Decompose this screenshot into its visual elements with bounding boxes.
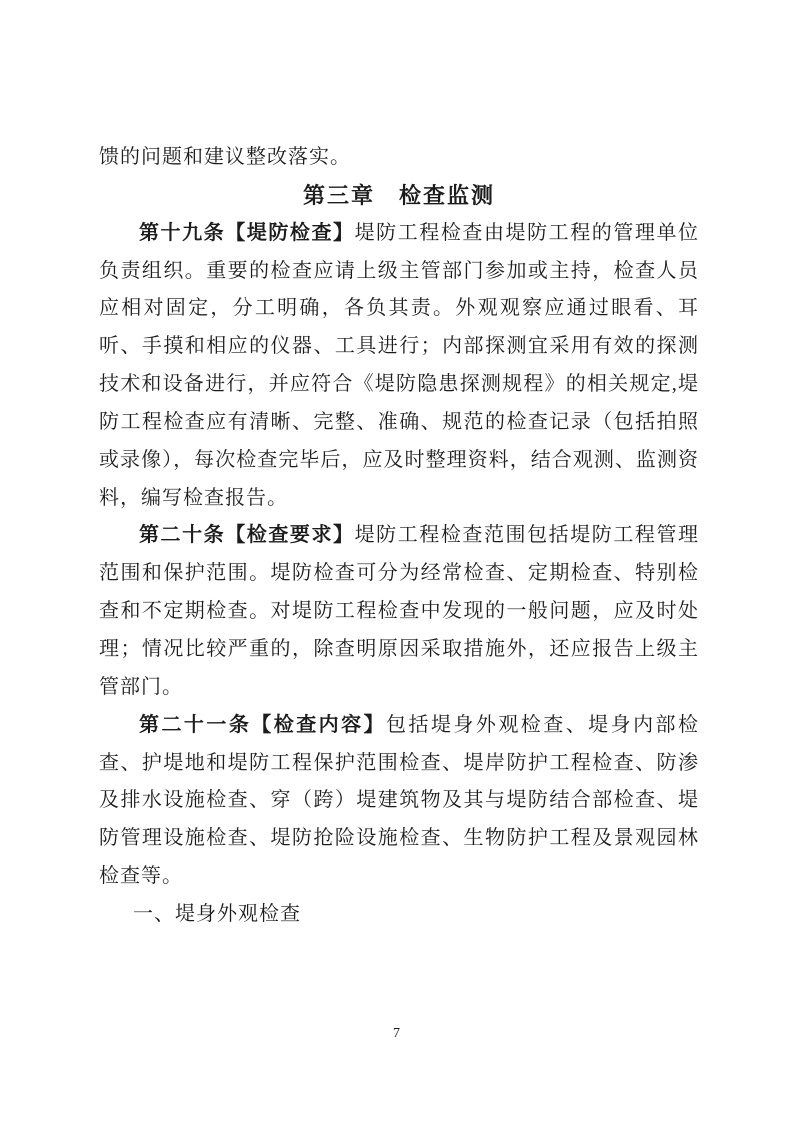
list-item-dike-exterior-inspection: 一、堤身外观检查 (99, 896, 699, 934)
paragraph-continuation: 馈的问题和建议整改落实。 (99, 139, 699, 177)
clause-20: 第二十条【检查要求】堤防工程检查范围包括堤防工程管理范围和保护范围。堤防检查可分… (99, 517, 699, 706)
clause-21-title: 第二十一条【检查内容】 (139, 714, 386, 736)
document-content: 馈的问题和建议整改落实。 第三章 检查监测 第十九条【堤防检查】堤防工程检查由堤… (99, 139, 699, 934)
clause-20-title: 第二十条【检查要求】 (139, 524, 355, 546)
clause-20-text: 堤防工程检查范围包括堤防工程管理范围和保护范围。堤防检查可分为经常检查、定期检查… (99, 524, 699, 697)
clause-21: 第二十一条【检查内容】包括堤身外观检查、堤身内部检查、护堤地和堤防工程保护范围检… (99, 707, 699, 896)
clause-19-text: 堤防工程检查由堤防工程的管理单位负责组织。重要的检查应请上级主管部门参加或主持，… (99, 222, 699, 509)
clause-19: 第十九条【堤防检查】堤防工程检查由堤防工程的管理单位负责组织。重要的检查应请上级… (99, 215, 699, 518)
chapter-heading: 第三章 检查监测 (99, 177, 699, 215)
clause-21-text: 包括堤身外观检查、堤身内部检查、护堤地和堤防工程保护范围检查、堤岸防护工程检查、… (99, 714, 699, 887)
document-page: 馈的问题和建议整改落实。 第三章 检查监测 第十九条【堤防检查】堤防工程检查由堤… (0, 0, 793, 1122)
page-number: 7 (0, 1026, 793, 1042)
clause-19-title: 第十九条【堤防检查】 (139, 222, 355, 244)
